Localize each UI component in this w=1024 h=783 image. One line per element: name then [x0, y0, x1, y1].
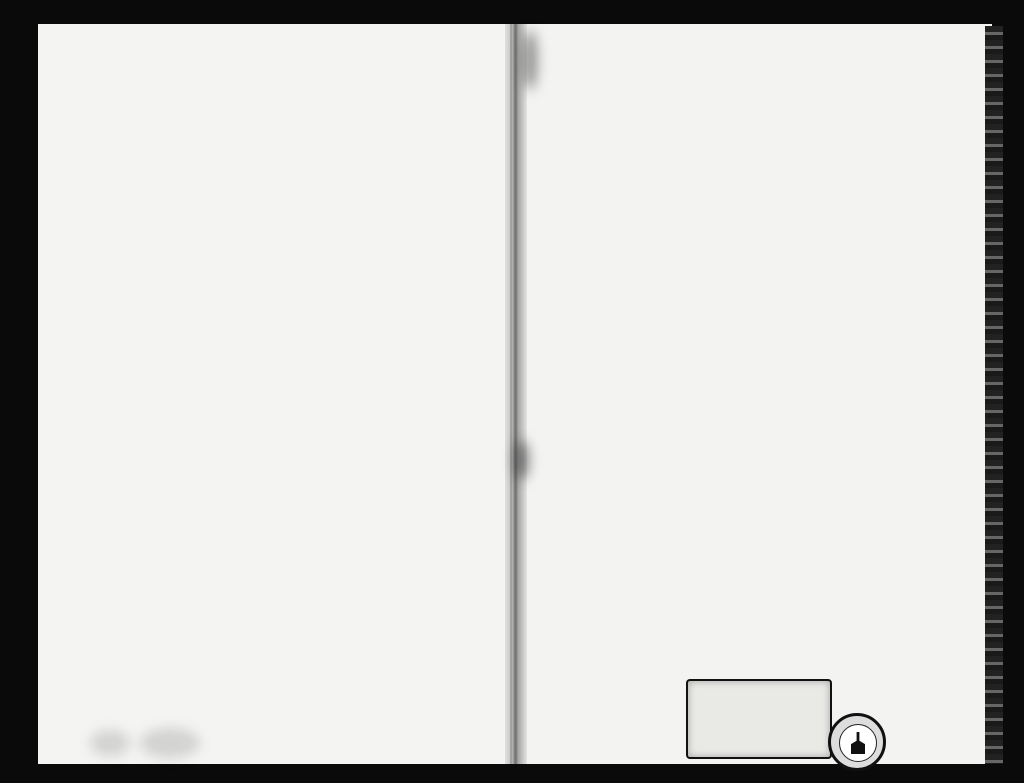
empty-spread-stamp [686, 679, 832, 759]
ledger-grid [0, 0, 1024, 783]
archive-seal [828, 713, 886, 771]
